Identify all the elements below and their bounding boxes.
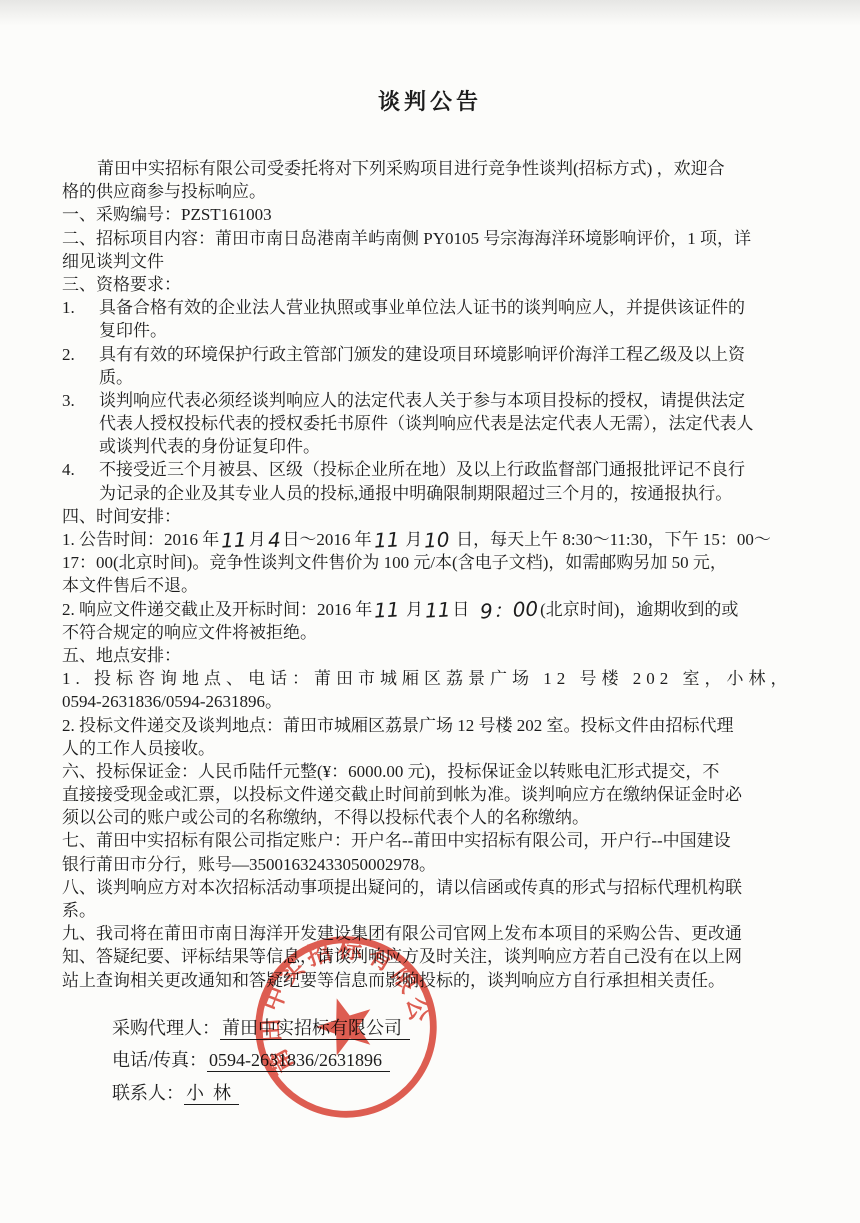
section-2-project-content: 细见谈判文件 — [62, 250, 804, 273]
scanned-document-page: 谈判公告 莆田中实招标有限公司受委托将对下列采购项目进行竞争性谈判(招标方式) … — [0, 0, 860, 1223]
item-number: 2. — [62, 343, 99, 366]
item-number: 3. — [62, 389, 99, 412]
text-line: 谈判响应代表必须经谈判响应人的法定代表人关于参与本项目投标的授权，请提供法定 — [99, 389, 804, 412]
handwritten-month: 11 — [372, 599, 402, 621]
agent-line: 采购代理人：莆田中实招标有限公司 — [112, 1012, 860, 1045]
text-segment: 1. 公告时间：2016 年 — [62, 530, 219, 549]
handwritten-time: 9：00 — [477, 598, 540, 621]
section-1-procurement-number: 一、采购编号：PZST161003 — [62, 203, 804, 226]
contact-line: 联系人：小 林 — [112, 1077, 860, 1110]
deposit-line: 六、投标保证金：人民币陆仟元整(¥：6000.00 元)，投标保证金以转账电汇形… — [62, 760, 804, 783]
agent-name: 莆田中实招标有限公司 — [220, 1018, 410, 1040]
intro-line: 格的供应商参与投标响应。 — [62, 180, 804, 203]
text-segment: 月 — [402, 600, 423, 619]
item-number: 4. — [62, 458, 99, 481]
section-2-project-content: 二、招标项目内容：莆田市南日岛港南羊屿南侧 PY0105 号宗海海洋环境影响评价… — [62, 227, 804, 250]
website-notice-line: 站上查询相关更改通知和答疑纪要等信息而影响投标的，谈判响应方自行承担相关责任。 — [62, 969, 804, 992]
deposit-line: 直接接受现金或汇票，以投标文件递交截止时间前到帐为准。谈判响应方在缴纳保证金时必 — [62, 783, 804, 806]
text-segment: 2. 响应文件递交截止及开标时间：2016 年 — [62, 600, 372, 619]
text-segment: 月 — [401, 530, 422, 549]
qualification-item-4: 4. 不接受近三个月被县、区级（投标企业所在地）及以上行政监督部门通报批评记不良… — [62, 458, 804, 504]
bank-account-line: 七、莆田中实招标有限公司指定账户：开户名--莆田中实招标有限公司，开户行--中国… — [62, 829, 804, 852]
text-line: 复印件。 — [99, 319, 804, 342]
document-body: 莆田中实招标有限公司受委托将对下列采购项目进行竞争性谈判(招标方式) ，欢迎合 … — [62, 157, 804, 992]
website-notice-line: 九、我司将在莆田市南日海洋开发建设集团有限公司官网上发布本项目的采购公告、更改通 — [62, 922, 804, 945]
inquiry-line: 系。 — [62, 899, 804, 922]
text-segment: 月 — [249, 530, 266, 549]
qualification-item-3: 3. 谈判响应代表必须经谈判响应人的法定代表人关于参与本项目投标的授权，请提供法… — [62, 389, 804, 459]
submit-place-line: 人的工作人员接收。 — [62, 737, 804, 760]
text-line: 或谈判代表的身份证复印件。 — [99, 435, 804, 458]
section-4-heading: 四、时间安排： — [62, 505, 804, 528]
text-line: 不接受近三个月被县、区级（投标企业所在地）及以上行政监督部门通报批评记不良行 — [99, 458, 804, 481]
handwritten-month: 11 — [371, 529, 401, 551]
phone-number: 0594-2631836/2631896 — [207, 1050, 390, 1072]
text-segment: (北京时间)，逾期收到的或 — [540, 600, 738, 619]
agent-label: 采购代理人： — [112, 1018, 220, 1038]
text-line: 质。 — [99, 366, 804, 389]
text-segment: 日～2016 年 — [282, 530, 371, 549]
handwritten-month: 11 — [219, 529, 249, 551]
text-line: 具备合格有效的企业法人营业执照或事业单位法人证书的谈判响应人，并提供该证件的 — [99, 296, 804, 319]
item-number: 1. — [62, 296, 99, 319]
handwritten-day: 11 — [422, 599, 452, 621]
consult-place-line: 0594-2631836/0594-2631896。 — [62, 690, 804, 713]
section-5-heading: 五、地点安排： — [62, 644, 804, 667]
contact-label: 联系人： — [112, 1083, 184, 1103]
deadline-time-line: 不符合规定的响应文件将被拒绝。 — [62, 621, 804, 644]
scan-edge-shadow — [0, 0, 860, 30]
handwritten-day: 4 — [265, 530, 283, 551]
website-notice-line: 知、答疑纪要、评标结果等信息，请谈判响应方及时关注，谈判响应方若自己没有在以上网 — [62, 945, 804, 968]
handwritten-day: 10 — [422, 529, 452, 551]
phone-line: 电话/传真：0594-2631836/2631896 — [112, 1044, 860, 1077]
announcement-time-line: 17：00(北京时间)。竞争性谈判文件售价为 100 元/本(含电子文档)，如需… — [62, 551, 804, 574]
text-line: 具有有效的环境保护行政主管部门颁发的建设项目环境影响评价海洋工程乙级及以上资 — [99, 343, 804, 366]
text-line: 代表人授权投标代表的授权委托书原件（谈判响应代表是法定代表人无需），法定代表人 — [99, 412, 804, 435]
text-line: 为记录的企业及其专业人员的投标,通报中明确限制期限超过三个月的，按通报执行。 — [99, 482, 804, 505]
deposit-line: 须以公司的账户或公司的名称缴纳，不得以投标代表个人的名称缴纳。 — [62, 806, 804, 829]
bank-account-line: 银行莆田市分行，账号—35001632433050002978。 — [62, 853, 804, 876]
qualification-item-2: 2. 具有有效的环境保护行政主管部门颁发的建设项目环境影响评价海洋工程乙级及以上… — [62, 343, 804, 389]
section-3-heading: 三、资格要求： — [62, 273, 804, 296]
contact-name: 小 林 — [184, 1083, 239, 1105]
phone-label: 电话/传真： — [112, 1050, 207, 1070]
announcement-time-line: 本文件售后不退。 — [62, 574, 804, 597]
text-segment: 日 — [452, 600, 478, 619]
signature-block: 采购代理人：莆田中实招标有限公司 电话/传真：0594-2631836/2631… — [112, 1012, 860, 1110]
qualification-item-1: 1. 具备合格有效的企业法人营业执照或事业单位法人证书的谈判响应人，并提供该证件… — [62, 296, 804, 342]
announcement-time-line: 1. 公告时间：2016 年11月4日～2016 年11 月10 日，每天上午 … — [62, 528, 804, 551]
submit-place-line: 2. 投标文件递交及谈判地点：莆田市城厢区荔景广场 12 号楼 202 室。投标… — [62, 714, 804, 737]
deadline-time-line: 2. 响应文件递交截止及开标时间：2016 年11 月11日 9：00(北京时间… — [62, 598, 804, 621]
consult-place-line: 1. 投标咨询地点、电话：莆田市城厢区荔景广场 12 号楼 202 室，小林， — [62, 667, 804, 690]
text-segment: 日，每天上午 8:30～11:30，下午 15：00～ — [452, 530, 771, 549]
inquiry-line: 八、谈判响应方对本次招标活动事项提出疑问的，请以信函或传真的形式与招标代理机构联 — [62, 876, 804, 899]
intro-line: 莆田中实招标有限公司受委托将对下列采购项目进行竞争性谈判(招标方式) ，欢迎合 — [62, 157, 804, 180]
